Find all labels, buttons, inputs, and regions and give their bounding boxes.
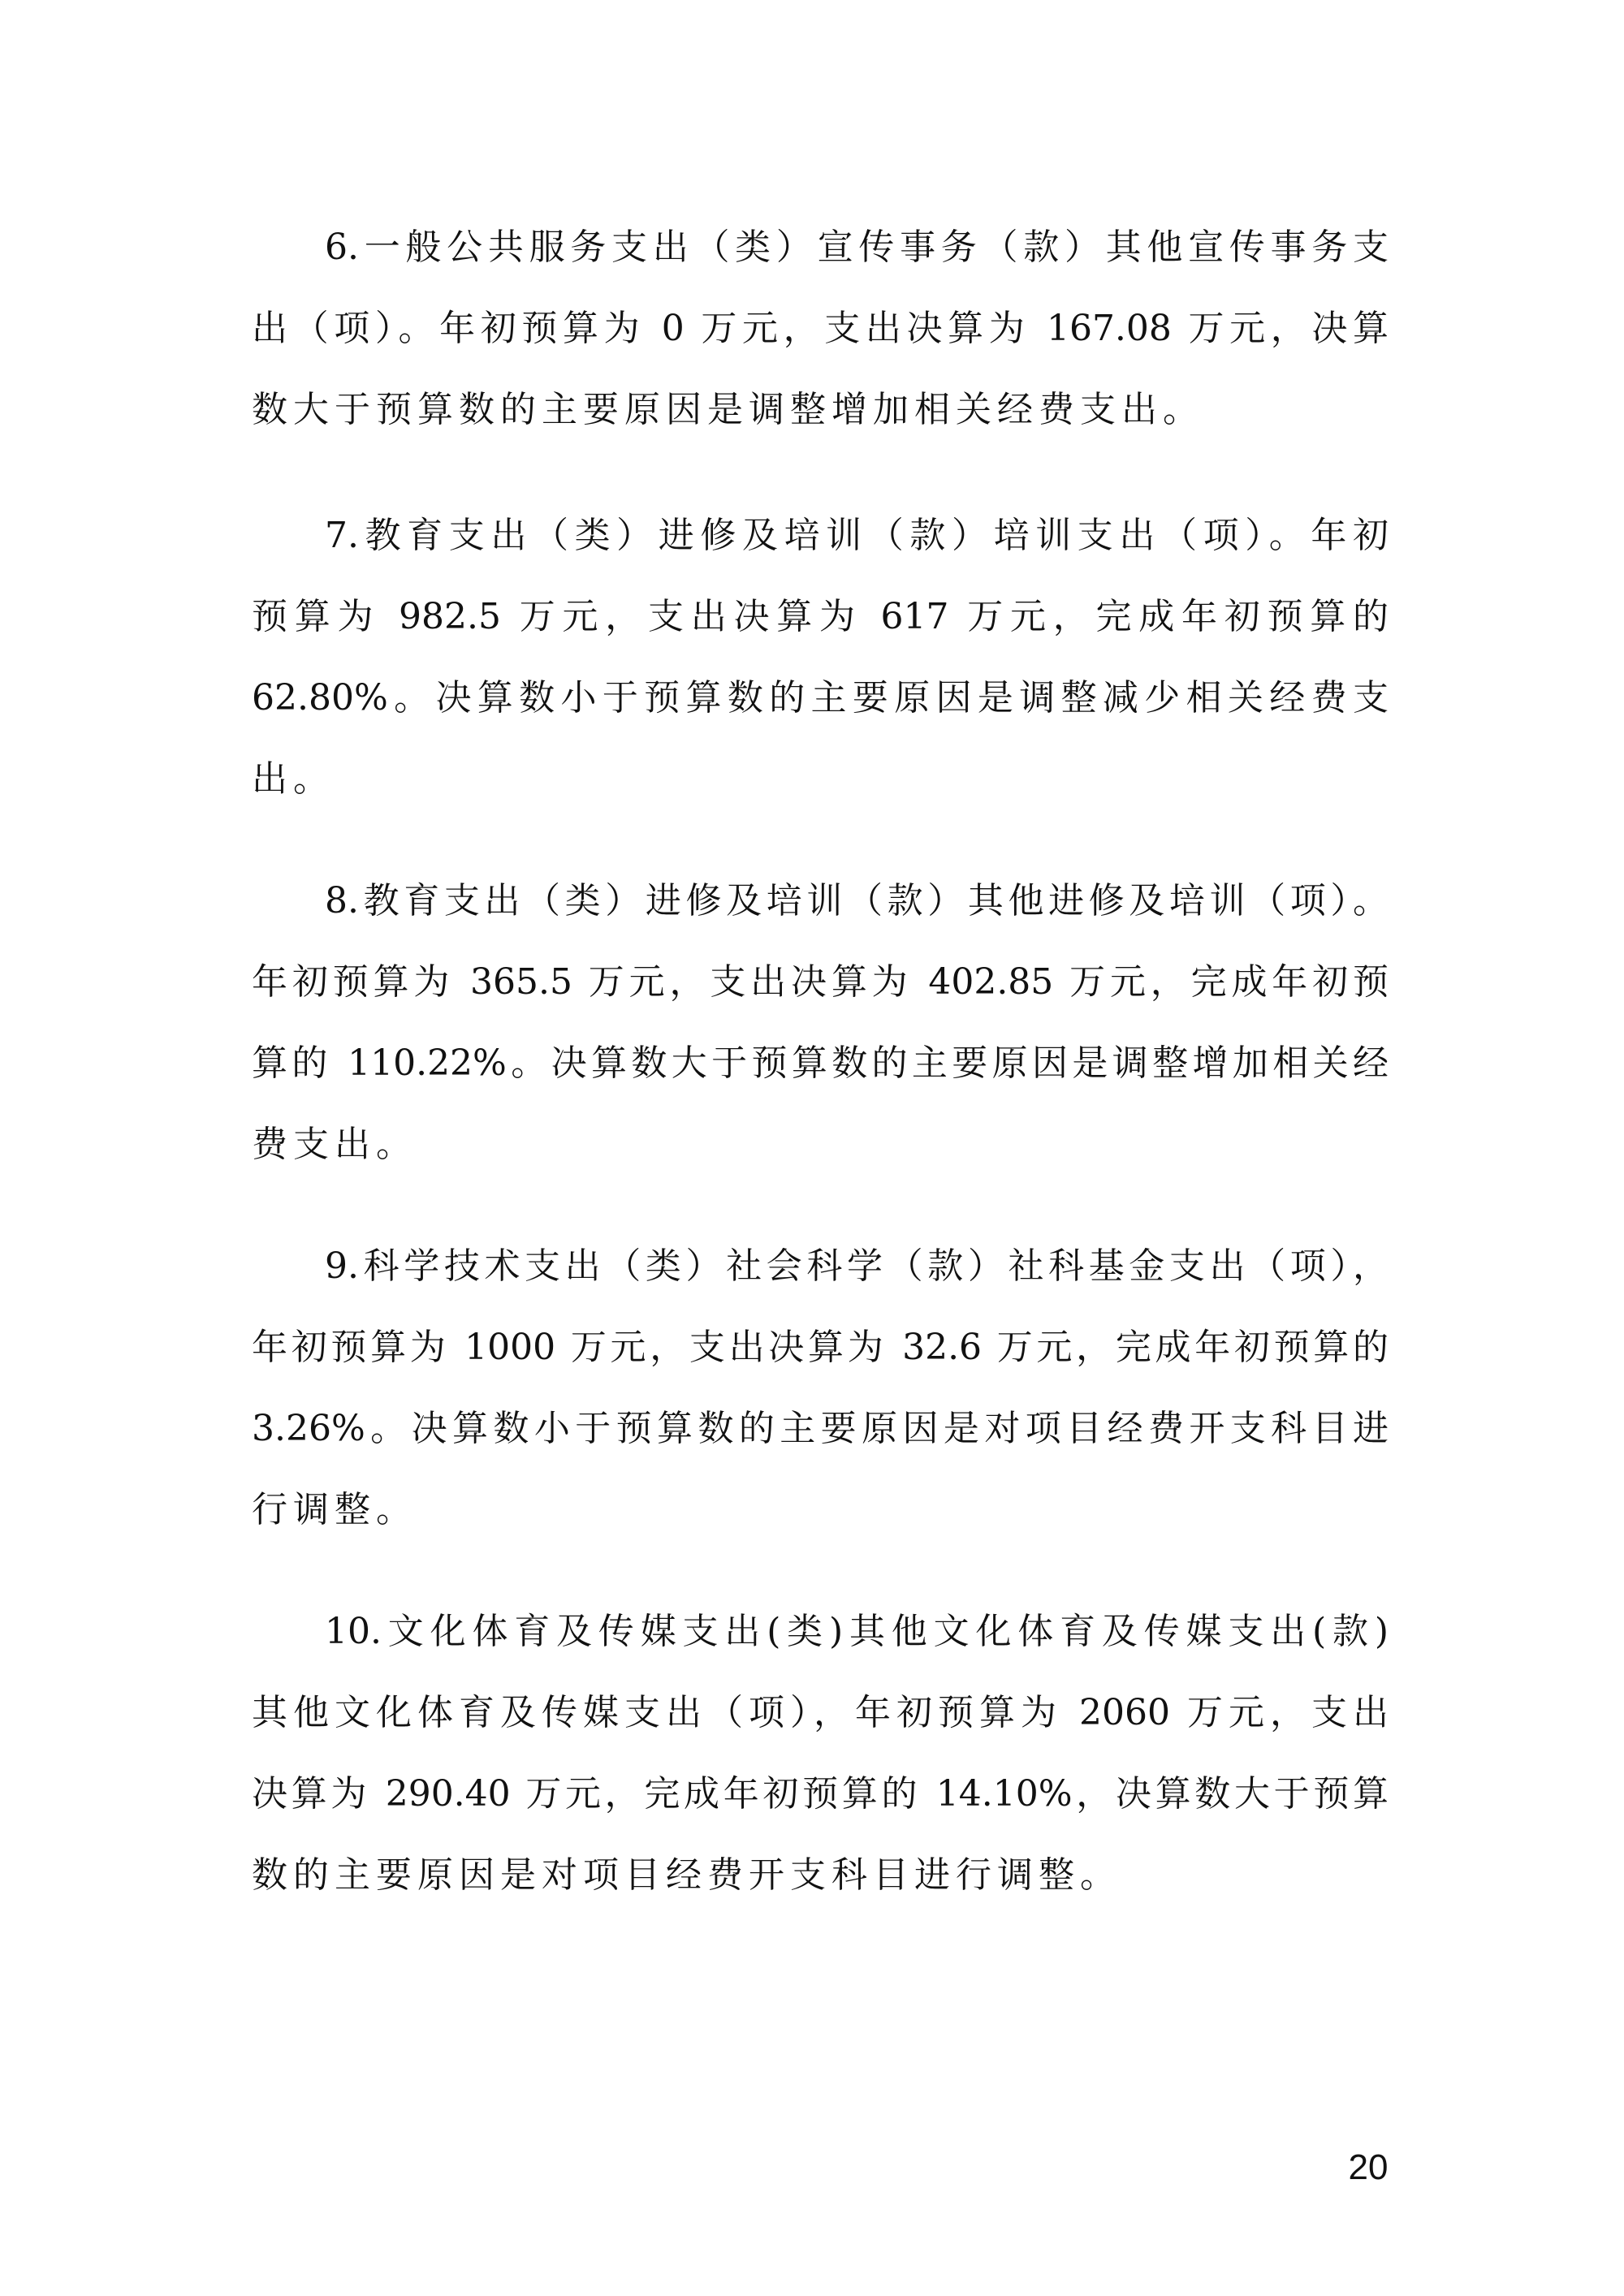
paragraph-line: 9.科学技术支出（类）社会科学（款）社科基金支出（项）， [325,1226,1389,1307]
paragraph-line: 6.一般公共服务支出（类）宣传事务（款）其他宣传事务支 [325,207,1389,288]
paragraph-line: 预算为 982.5 万元，支出决算为 617 万元，完成年初预算的 [252,576,1389,658]
paragraph-line: 其他文化体育及传媒支出（项），年初预算为 2060 万元，支出 [252,1672,1389,1754]
paragraph-line: 年初预算为 365.5 万元，支出决算为 402.85 万元，完成年初预 [252,942,1389,1023]
paragraph-line: 62.80%。决算数小于预算数的主要原因是调整减少相关经费支 [252,658,1389,739]
paragraph-line: 费支出。 [252,1104,1389,1185]
paragraph-line: 算的 110.22%。决算数大于预算数的主要原因是调整增加相关经 [252,1023,1389,1104]
paragraph-line: 决算为 290.40 万元，完成年初预算的 14.10%，决算数大于预算 [252,1754,1389,1835]
document-page: 6.一般公共服务支出（类）宣传事务（款）其他宣传事务支 出（项）。年初预算为 0… [0,0,1624,2296]
paragraph-line: 8.教育支出（类）进修及培训（款）其他进修及培训（项）。 [325,861,1389,942]
page-number: 20 [1332,2143,1405,2192]
paragraph-line: 10.文化体育及传媒支出(类)其他文化体育及传媒支出(款) [325,1591,1389,1672]
paragraph-line: 3.26%。决算数小于预算数的主要原因是对项目经费开支科目进 [252,1388,1389,1470]
paragraph-line: 年初预算为 1000 万元，支出决算为 32.6 万元，完成年初预算的 [252,1307,1389,1388]
paragraph-line: 出。 [252,739,1389,820]
paragraph-line: 行调整。 [252,1470,1389,1551]
paragraph-line: 7.教育支出（类）进修及培训（款）培训支出（项）。年初 [325,495,1389,576]
paragraph-line: 数的主要原因是对项目经费开支科目进行调整。 [252,1835,1389,1916]
paragraph-line: 出（项）。年初预算为 0 万元，支出决算为 167.08 万元，决算 [252,288,1389,369]
paragraph-line: 数大于预算数的主要原因是调整增加相关经费支出。 [252,369,1389,451]
